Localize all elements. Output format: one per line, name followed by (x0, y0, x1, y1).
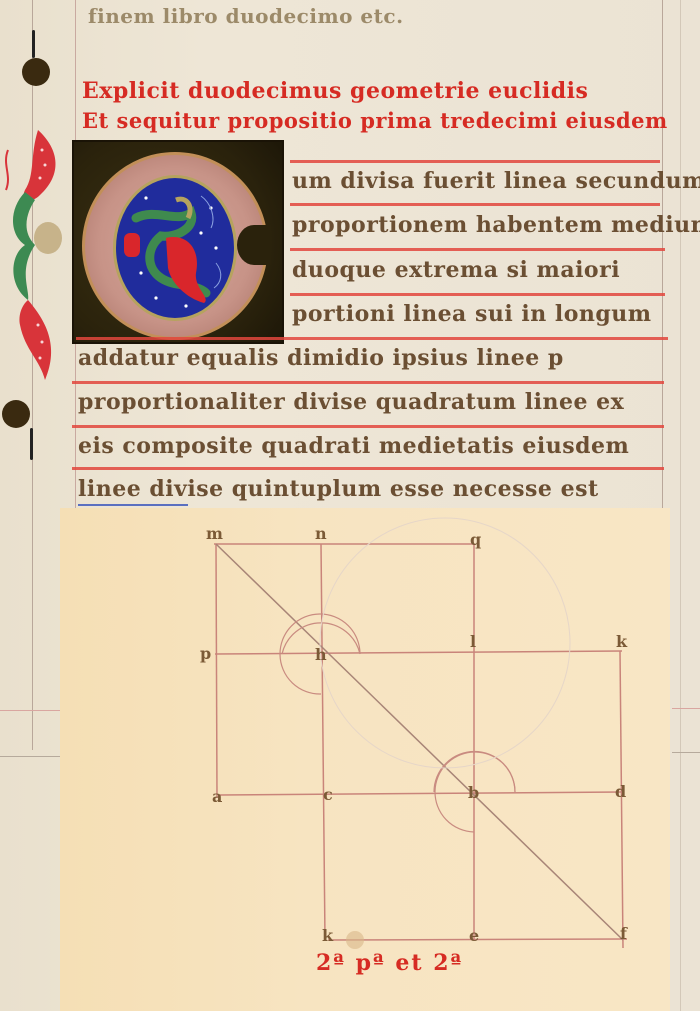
pen-flourish-bottom (30, 428, 33, 460)
red-ruling (290, 160, 660, 163)
geometry-diagram: m n q p h l k a c b d k e f 2ª pª et 2ª (60, 508, 670, 1011)
diagram-caption: 2ª pª et 2ª (316, 950, 463, 976)
acanthus-leaf-ornament (0, 120, 70, 390)
red-ruling (72, 467, 664, 470)
initial-opening (237, 225, 271, 265)
point-label-d: d (615, 784, 626, 800)
text-line-5: addatur equalis dimidio ipsius linee p (78, 345, 564, 371)
margin-ruling-h2 (0, 756, 60, 757)
point-label-q: q (470, 532, 481, 548)
point-label-k: k (616, 634, 627, 650)
point-label-n: n (315, 526, 327, 542)
blue-underline (78, 504, 188, 506)
text-line-8: linee divise quintuplum esse necesse est (78, 476, 599, 502)
illuminated-initial (72, 140, 284, 344)
text-line-6: proportionaliter divise quadratum linee … (78, 389, 624, 415)
point-label-l: l (470, 634, 476, 650)
text-line-7: eis composite quadrati medietatis eiusde… (78, 433, 629, 459)
rubric-explicit: Explicit duodecimus geometrie euclidis (82, 78, 588, 104)
red-ruling (290, 248, 665, 251)
text-line-3: duoque extrema si maiori (292, 257, 620, 283)
red-ruling (290, 293, 665, 296)
point-label-e: e (469, 928, 479, 944)
text-line-1: um divisa fuerit linea secundum (292, 168, 700, 194)
preceding-text-line: finem libro duodecimo etc. (88, 4, 404, 28)
gold-ball-ornament-bottom (2, 400, 30, 428)
point-label-k-bottom: k (322, 928, 333, 944)
point-label-h: h (315, 647, 327, 663)
point-label-m: m (206, 526, 223, 542)
text-line-2: proportionem habentem medium (292, 212, 700, 238)
point-label-b: b (468, 785, 479, 801)
margin-ruling-h3 (672, 708, 700, 709)
pen-flourish-top (32, 30, 35, 58)
point-label-p: p (200, 646, 211, 662)
rubric-incipit: Et sequitur propositio prima tredecimi e… (82, 108, 668, 133)
initial-letter-body (82, 152, 268, 340)
margin-ruling-h4 (672, 752, 700, 753)
diagram-lines (60, 508, 670, 1011)
point-label-c: c (323, 787, 333, 803)
point-label-f: f (620, 926, 627, 942)
red-ruling (76, 337, 668, 340)
red-ruling (72, 425, 664, 428)
manuscript-page: finem libro duodecimo etc. Explicit duod… (0, 0, 700, 1011)
initial-foliage-icon (116, 178, 234, 318)
initial-blue-field (113, 175, 237, 321)
red-ruling (290, 203, 660, 206)
gold-ball-ornament-top (22, 58, 50, 86)
page-edge (680, 0, 681, 1011)
point-label-a: a (212, 789, 222, 805)
margin-ruling-h1 (0, 710, 60, 711)
red-ruling (72, 381, 664, 384)
text-line-4: portioni linea sui in longum (292, 301, 652, 327)
